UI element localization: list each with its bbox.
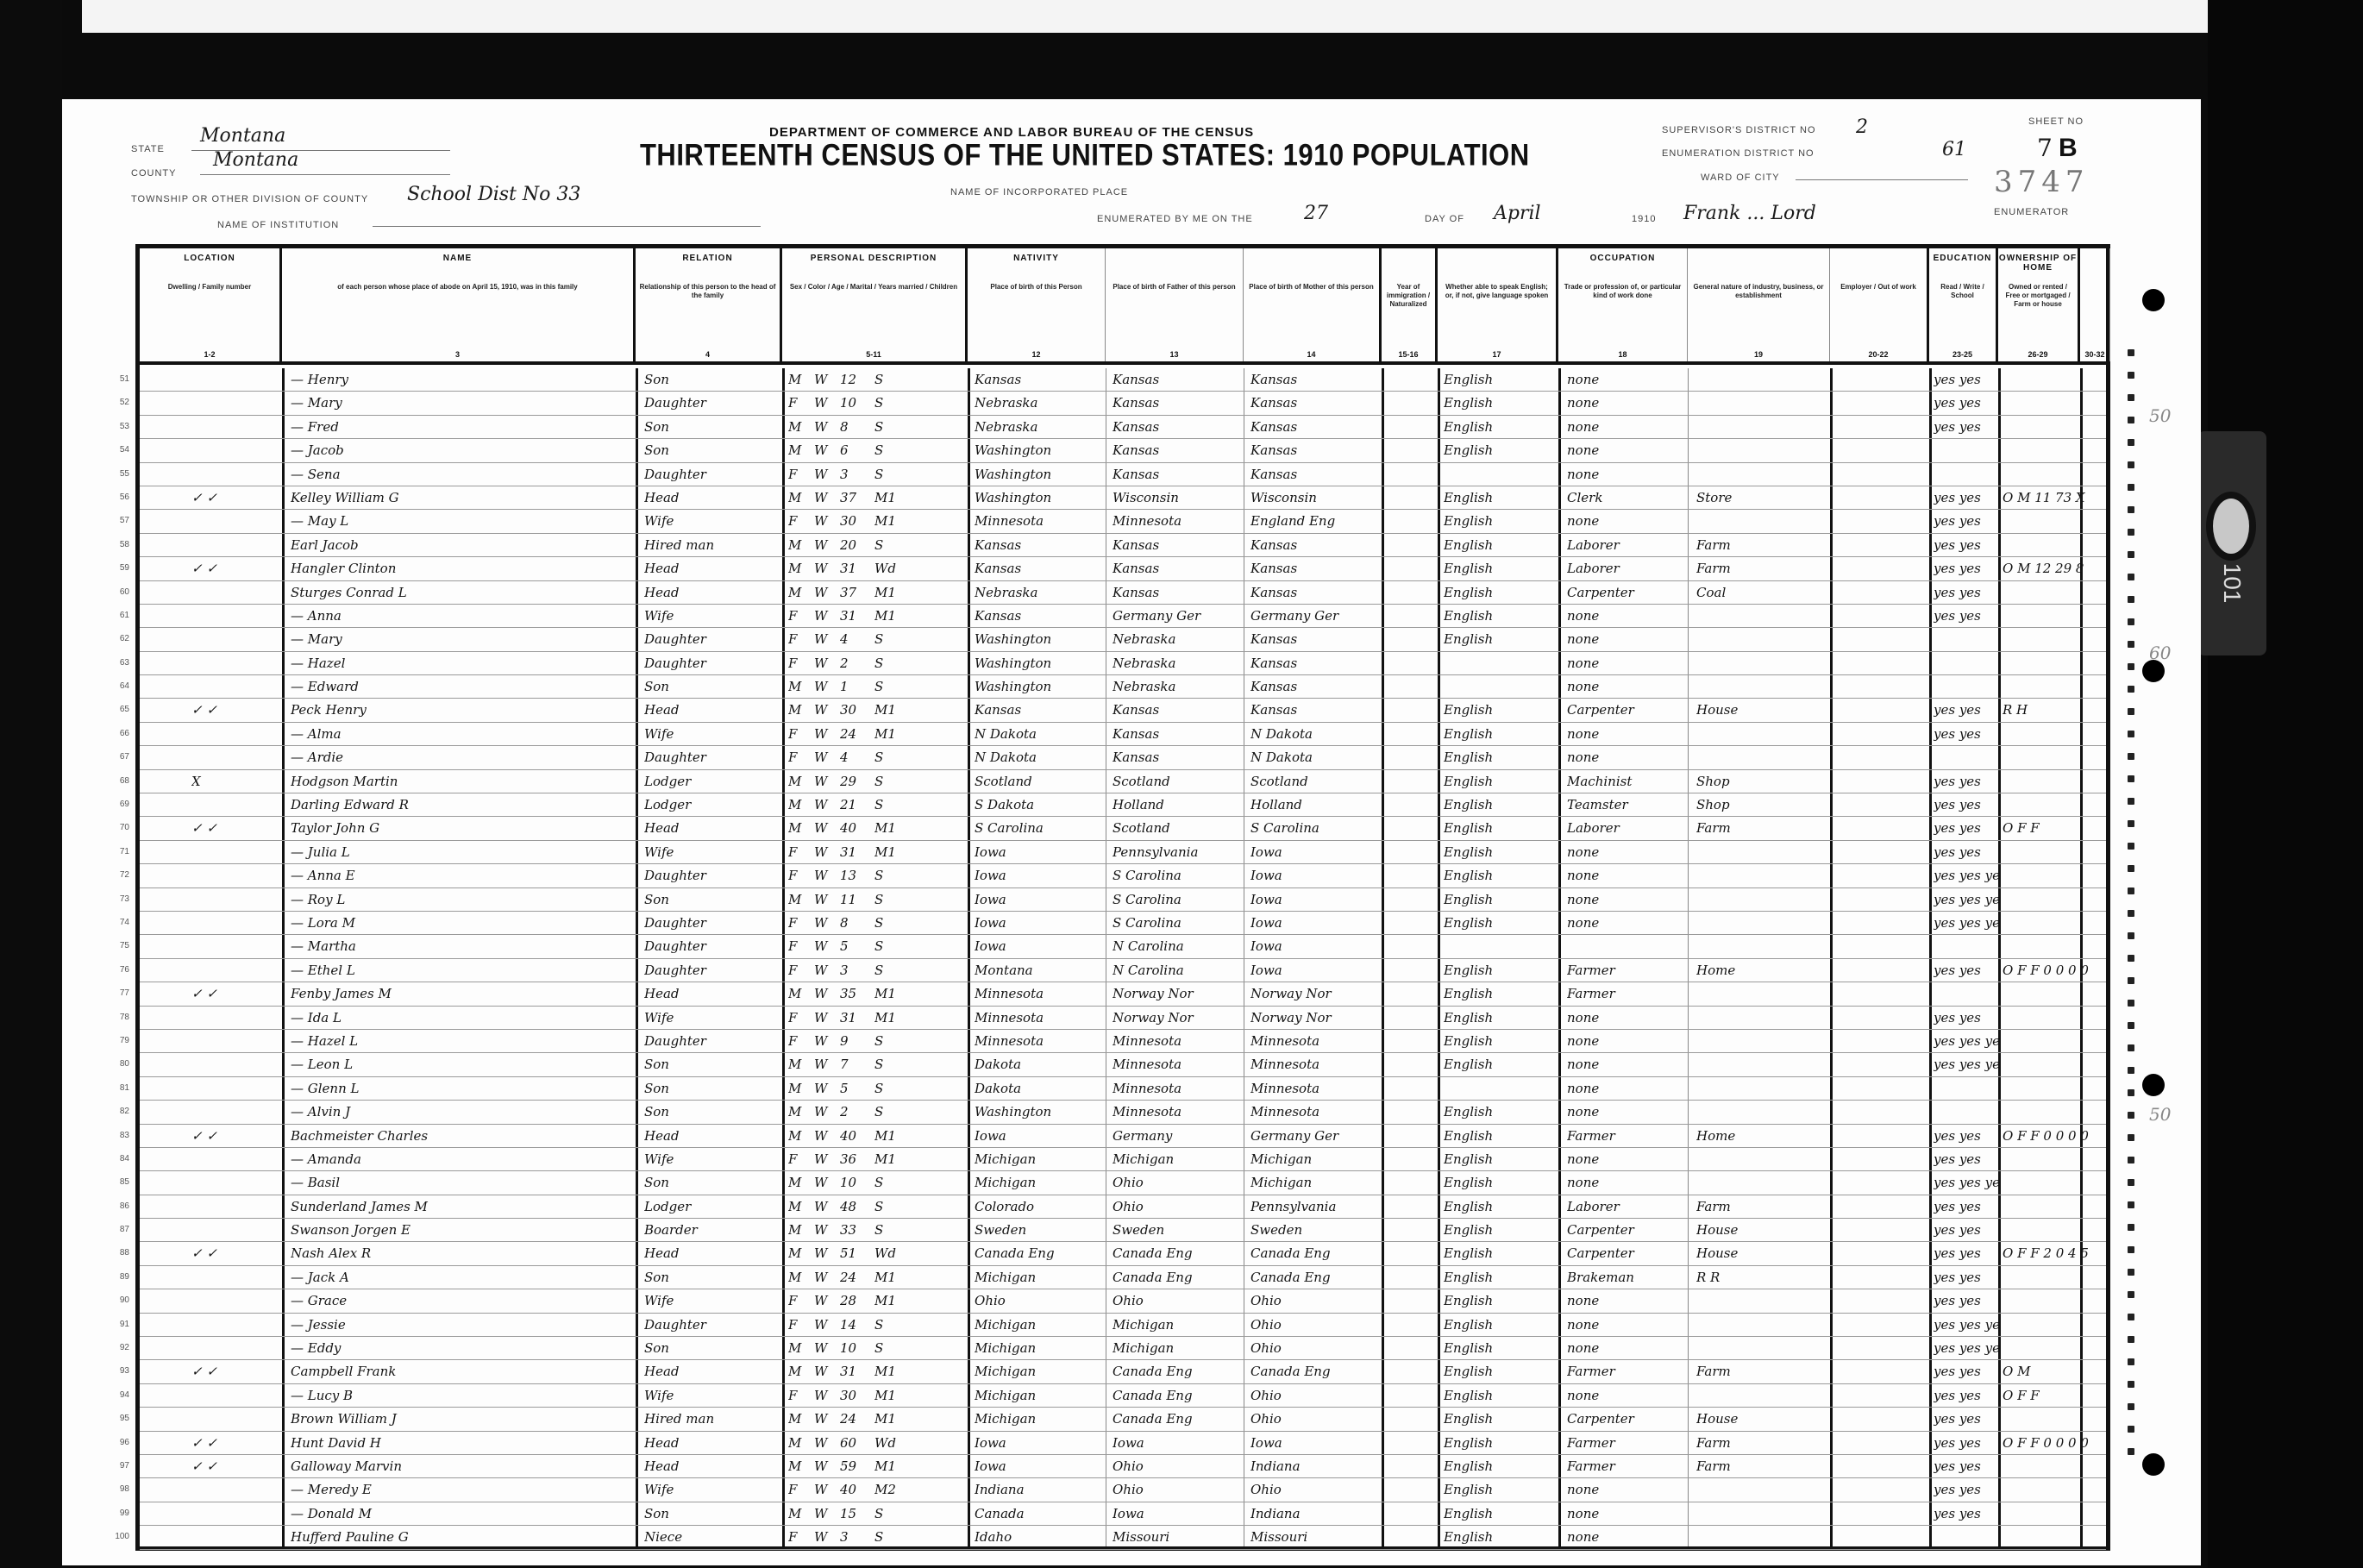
person-name: — Lora M	[291, 912, 631, 934]
scan-background-left	[0, 0, 62, 1568]
home-ownership	[2003, 463, 2110, 486]
table-row: 64— EdwardSonMW1SWashingtonNebraskaKansa…	[140, 675, 2106, 699]
mother-birthplace: Indiana	[1250, 1502, 1380, 1525]
father-birthplace: Canada Eng	[1113, 1408, 1242, 1430]
home-ownership	[2003, 770, 2110, 793]
language: English	[1444, 746, 1556, 768]
age: 10	[840, 1171, 870, 1194]
line-number: 75	[103, 935, 129, 957]
census-table: Location Dwelling / Family number 1-2 Na…	[135, 244, 2110, 1551]
education	[1934, 675, 1998, 698]
language: English	[1444, 368, 1556, 391]
relation: Daughter	[644, 1314, 778, 1336]
occupation: none	[1567, 605, 1686, 627]
education: yes yes	[1934, 581, 1998, 604]
occupation: none	[1567, 1289, 1686, 1312]
education	[1934, 1101, 1998, 1123]
industry	[1696, 392, 1826, 414]
education: yes yes yes	[1934, 1030, 1998, 1052]
father-birthplace: Canada Eng	[1113, 1266, 1242, 1289]
visit-check: ✓ ✓	[191, 699, 278, 721]
color: W	[814, 817, 836, 839]
occupation: none	[1567, 1384, 1686, 1407]
color: W	[814, 534, 836, 556]
relation: Wife	[644, 723, 778, 745]
birthplace: Washington	[975, 463, 1104, 486]
language: English	[1444, 1195, 1556, 1218]
marital-status: M1	[874, 1408, 909, 1430]
father-birthplace: N Carolina	[1113, 935, 1242, 957]
perforation-icon	[2128, 529, 2134, 536]
language: English	[1444, 416, 1556, 438]
relation: Lodger	[644, 1195, 778, 1218]
table-row: 82— Alvin JSonMW2SWashingtonMinnesotaMin…	[140, 1101, 2106, 1124]
home-ownership	[2003, 1289, 2110, 1312]
visit-check: ✓ ✓	[191, 1360, 278, 1383]
table-row: 88✓ ✓Nash Alex RHeadMW51WdCanada EngCana…	[140, 1242, 2106, 1265]
occupation: none	[1567, 416, 1686, 438]
father-birthplace: Holland	[1113, 793, 1242, 816]
marital-status: M1	[874, 486, 909, 509]
father-birthplace: Pennsylvania	[1113, 841, 1242, 863]
marital-status: S	[874, 1077, 909, 1100]
enumerator-label: ENUMERATOR	[1994, 207, 2069, 217]
education: yes yes	[1934, 723, 1998, 745]
line-number: 82	[103, 1101, 129, 1123]
occupation: none	[1567, 392, 1686, 414]
sex: M	[788, 1219, 810, 1241]
header-mother-birthplace: Place of birth of Mother of this person …	[1244, 248, 1382, 361]
home-ownership	[2003, 605, 2110, 627]
color: W	[814, 1478, 836, 1501]
marital-status: S	[874, 912, 909, 934]
language: English	[1444, 605, 1556, 627]
color: W	[814, 1502, 836, 1525]
color: W	[814, 770, 836, 793]
father-birthplace: Scotland	[1113, 770, 1242, 793]
education: yes yes	[1934, 1007, 1998, 1029]
age: 10	[840, 1337, 870, 1359]
binder-ring-icon	[2206, 492, 2256, 561]
age: 15	[840, 1502, 870, 1525]
age: 3	[840, 1526, 870, 1548]
occupation: none	[1567, 1526, 1686, 1548]
industry	[1696, 652, 1826, 674]
person-name: Campbell Frank	[291, 1360, 631, 1383]
person-name: Darling Edward R	[291, 793, 631, 816]
home-ownership: O F F	[2003, 817, 2110, 839]
person-name: — Grace	[291, 1289, 631, 1312]
person-name: Kelley William G	[291, 486, 631, 509]
language: English	[1444, 439, 1556, 461]
marital-status: M1	[874, 841, 909, 863]
education: yes yes	[1934, 368, 1998, 391]
color: W	[814, 1242, 836, 1264]
perforation-icon	[2128, 910, 2134, 917]
education	[1934, 439, 1998, 461]
language	[1444, 1077, 1556, 1100]
header-father-birthplace: Place of birth of Father of this person …	[1106, 248, 1244, 361]
birthplace: Michigan	[975, 1266, 1104, 1289]
mother-birthplace: Iowa	[1250, 841, 1380, 863]
relation: Wife	[644, 605, 778, 627]
line-number: 64	[103, 675, 129, 698]
visit-check	[191, 1101, 278, 1123]
table-row: 71— Julia LWifeFW31M1IowaPennsylvaniaIow…	[140, 841, 2106, 864]
sex: M	[788, 1337, 810, 1359]
age: 30	[840, 1384, 870, 1407]
person-name: — Ida L	[291, 1007, 631, 1029]
color: W	[814, 1053, 836, 1076]
age: 37	[840, 581, 870, 604]
color: W	[814, 463, 836, 486]
occupation: Farmer	[1567, 1125, 1686, 1147]
marital-status: M1	[874, 581, 909, 604]
table-row: 87Swanson Jorgen EBoarderMW33SSwedenSwed…	[140, 1219, 2106, 1242]
sex: F	[788, 652, 810, 674]
education	[1934, 628, 1998, 650]
visit-check	[191, 1219, 278, 1241]
occupation: Teamster	[1567, 793, 1686, 816]
mother-birthplace: Iowa	[1250, 1432, 1380, 1454]
color: W	[814, 1408, 836, 1430]
industry: House	[1696, 1408, 1826, 1430]
language: English	[1444, 1242, 1556, 1264]
father-birthplace: Kansas	[1113, 392, 1242, 414]
marital-status: S	[874, 1337, 909, 1359]
state-label: STATE	[131, 144, 165, 154]
color: W	[814, 1455, 836, 1477]
color: W	[814, 912, 836, 934]
color: W	[814, 652, 836, 674]
table-row: 84— AmandaWifeFW36M1MichiganMichiganMich…	[140, 1148, 2106, 1171]
sex: M	[788, 1171, 810, 1194]
visit-check	[191, 746, 278, 768]
home-ownership	[2003, 1526, 2110, 1548]
father-birthplace: Nebraska	[1113, 628, 1242, 650]
visit-check	[191, 959, 278, 982]
perforation-icon	[2128, 820, 2134, 827]
home-ownership	[2003, 1502, 2110, 1525]
person-name: — Amanda	[291, 1148, 631, 1170]
birthplace: Iowa	[975, 912, 1104, 934]
age: 12	[840, 368, 870, 391]
occupation: none	[1567, 368, 1686, 391]
age: 37	[840, 486, 870, 509]
marital-status: Wd	[874, 1242, 909, 1264]
scan-background-right	[2208, 0, 2363, 1568]
industry	[1696, 368, 1826, 391]
marital-status: M1	[874, 1455, 909, 1477]
marital-status: S	[874, 888, 909, 911]
birthplace: Iowa	[975, 888, 1104, 911]
language: English	[1444, 1502, 1556, 1525]
industry: Farm	[1696, 817, 1826, 839]
birthplace: Nebraska	[975, 581, 1104, 604]
industry: House	[1696, 699, 1826, 721]
census-title: THIRTEENTH CENSUS OF THE UNITED STATES: …	[640, 137, 1530, 172]
industry: R R	[1696, 1266, 1826, 1289]
perforation-icon	[2128, 1269, 2134, 1276]
table-row: 73— Roy LSonMW11SIowaS CarolinaIowaEngli…	[140, 888, 2106, 912]
line-number: 88	[103, 1242, 129, 1264]
father-birthplace: Ohio	[1113, 1171, 1242, 1194]
table-row: 89— Jack ASonMW24M1MichiganCanada EngCan…	[140, 1266, 2106, 1289]
color: W	[814, 605, 836, 627]
mother-birthplace: Kansas	[1250, 699, 1380, 721]
relation: Son	[644, 1101, 778, 1123]
sex: M	[788, 1360, 810, 1383]
supervisor-district-label: SUPERVISOR'S DISTRICT NO	[1662, 125, 1816, 135]
industry	[1696, 1502, 1826, 1525]
perforation-icon	[2128, 932, 2134, 939]
sex: F	[788, 1314, 810, 1336]
table-row: 54— JacobSonMW6SWashingtonKansasKansasEn…	[140, 439, 2106, 462]
day-of-label: DAY OF	[1425, 214, 1464, 224]
sex: M	[788, 817, 810, 839]
home-ownership	[2003, 982, 2110, 1005]
perforation-icon	[2128, 1201, 2134, 1208]
sex: F	[788, 628, 810, 650]
line-number: 81	[103, 1077, 129, 1100]
language: English	[1444, 817, 1556, 839]
perforation-icon	[2128, 1246, 2134, 1253]
father-birthplace: Sweden	[1113, 1219, 1242, 1241]
marital-status: S	[874, 675, 909, 698]
birthplace: Kansas	[975, 368, 1104, 391]
perforation-icon	[2128, 1112, 2134, 1119]
father-birthplace: Nebraska	[1113, 675, 1242, 698]
marital-status: M1	[874, 1266, 909, 1289]
mother-birthplace: Missouri	[1250, 1526, 1380, 1548]
home-ownership: O F F	[2003, 1384, 2110, 1407]
industry: Home	[1696, 1125, 1826, 1147]
visit-check: ✓ ✓	[191, 486, 278, 509]
age: 59	[840, 1455, 870, 1477]
enumerator-value: Frank ... Lord	[1683, 203, 1816, 224]
education: yes yes yes	[1934, 1337, 1998, 1359]
occupation: none	[1567, 1171, 1686, 1194]
education	[1934, 1077, 1998, 1100]
father-birthplace: Michigan	[1113, 1148, 1242, 1170]
visit-check	[191, 1408, 278, 1430]
line-number: 90	[103, 1289, 129, 1312]
sex: F	[788, 1030, 810, 1052]
birthplace: Washington	[975, 486, 1104, 509]
color: W	[814, 841, 836, 863]
color: W	[814, 1337, 836, 1359]
header-citizenship: Year of immigration / Naturalized 15-16	[1382, 248, 1438, 361]
color: W	[814, 793, 836, 816]
perforation-icon	[2128, 551, 2134, 558]
mother-birthplace: Kansas	[1250, 581, 1380, 604]
line-number: 79	[103, 1030, 129, 1052]
industry: Shop	[1696, 793, 1826, 816]
marital-status: S	[874, 392, 909, 414]
occupation: none	[1567, 746, 1686, 768]
line-number: 86	[103, 1195, 129, 1218]
line-number: 93	[103, 1360, 129, 1383]
person-name: Sunderland James M	[291, 1195, 631, 1218]
age: 31	[840, 1007, 870, 1029]
father-birthplace: Kansas	[1113, 534, 1242, 556]
occupation: none	[1567, 1478, 1686, 1501]
visit-check	[191, 463, 278, 486]
education: yes yes	[1934, 605, 1998, 627]
person-name: — Donald M	[291, 1502, 631, 1525]
perforation-icon	[2128, 731, 2134, 737]
mother-birthplace: Kansas	[1250, 463, 1380, 486]
marital-status: M1	[874, 1007, 909, 1029]
marital-status: Wd	[874, 557, 909, 580]
relation: Head	[644, 557, 778, 580]
father-birthplace: Kansas	[1113, 746, 1242, 768]
perforation-icon	[2128, 708, 2134, 715]
father-birthplace: S Carolina	[1113, 888, 1242, 911]
occupation: Farmer	[1567, 1360, 1686, 1383]
sheet-no-value: 7	[2037, 134, 2053, 162]
line-number: 92	[103, 1337, 129, 1359]
header-language: Whether able to speak English; or, if no…	[1438, 248, 1558, 361]
marital-status: M1	[874, 1148, 909, 1170]
color: W	[814, 1526, 836, 1548]
home-ownership	[2003, 1478, 2110, 1501]
mother-birthplace: S Carolina	[1250, 817, 1380, 839]
industry	[1696, 982, 1826, 1005]
education: yes yes yes	[1934, 864, 1998, 887]
table-row: 57— May LWifeFW30M1MinnesotaMinnesotaEng…	[140, 510, 2106, 533]
line-number: 58	[103, 534, 129, 556]
person-name: — Hazel L	[291, 1030, 631, 1052]
color: W	[814, 557, 836, 580]
marital-status: S	[874, 746, 909, 768]
perforation-icon	[2128, 394, 2134, 401]
line-number: 69	[103, 793, 129, 816]
marital-status: M1	[874, 1384, 909, 1407]
color: W	[814, 1360, 836, 1383]
age: 24	[840, 1266, 870, 1289]
birthplace: Washington	[975, 652, 1104, 674]
relation: Head	[644, 982, 778, 1005]
relation: Son	[644, 1502, 778, 1525]
visit-check: X	[191, 770, 278, 793]
relation: Wife	[644, 841, 778, 863]
table-row: 83✓ ✓Bachmeister CharlesHeadMW40M1IowaGe…	[140, 1125, 2106, 1148]
education: yes yes	[1934, 1148, 1998, 1170]
marital-status: S	[874, 793, 909, 816]
relation: Wife	[644, 1007, 778, 1029]
father-birthplace: Canada Eng	[1113, 1242, 1242, 1264]
father-birthplace: Iowa	[1113, 1432, 1242, 1454]
age: 29	[840, 770, 870, 793]
mother-birthplace: Ohio	[1250, 1337, 1380, 1359]
relation: Son	[644, 675, 778, 698]
marital-status: M1	[874, 1360, 909, 1383]
mother-birthplace: Scotland	[1250, 770, 1380, 793]
education: yes yes yes	[1934, 912, 1998, 934]
marital-status: S	[874, 1219, 909, 1241]
occupation: none	[1567, 628, 1686, 650]
marital-status: S	[874, 770, 909, 793]
home-ownership	[2003, 628, 2110, 650]
table-row: 90— GraceWifeFW28M1OhioOhioOhioEnglishno…	[140, 1289, 2106, 1313]
table-row: 92— EddySonMW10SMichiganMichiganOhioEngl…	[140, 1337, 2106, 1360]
industry: Coal	[1696, 581, 1826, 604]
relation: Son	[644, 439, 778, 461]
education: yes yes	[1934, 1408, 1998, 1430]
home-ownership: O F F 2 0 4 5	[2003, 1242, 2110, 1264]
line-number: 57	[103, 510, 129, 532]
mother-birthplace: Iowa	[1250, 888, 1380, 911]
person-name: — Anna E	[291, 864, 631, 887]
relation: Daughter	[644, 959, 778, 982]
birthplace: Michigan	[975, 1314, 1104, 1336]
birthplace: Dakota	[975, 1053, 1104, 1076]
industry	[1696, 1053, 1826, 1076]
perforation-icon	[2128, 955, 2134, 962]
binder-tab: 101	[2197, 431, 2266, 655]
language: English	[1444, 1266, 1556, 1289]
relation: Wife	[644, 1289, 778, 1312]
father-birthplace: Kansas	[1113, 463, 1242, 486]
table-row: 94— Lucy BWifeFW30M1MichiganCanada EngOh…	[140, 1384, 2106, 1408]
table-row: 66— AlmaWifeFW24M1N DakotaKansasN Dakota…	[140, 723, 2106, 746]
enumerated-label: ENUMERATED BY ME ON THE	[1097, 214, 1253, 224]
perforation-icon	[2128, 439, 2134, 446]
line-number: 68	[103, 770, 129, 793]
language: English	[1444, 1219, 1556, 1241]
home-ownership	[2003, 864, 2110, 887]
father-birthplace: Minnesota	[1113, 510, 1242, 532]
marital-status: S	[874, 1502, 909, 1525]
sex: M	[788, 1101, 810, 1123]
header-personal-description: Personal Description Sex / Color / Age /…	[782, 248, 968, 361]
mother-birthplace: Kansas	[1250, 557, 1380, 580]
language: English	[1444, 1030, 1556, 1052]
marital-status: S	[874, 959, 909, 982]
home-ownership	[2003, 1266, 2110, 1289]
table-row: 99— Donald MSonMW15SCanadaIowaIndianaEng…	[140, 1502, 2106, 1526]
table-row: 96✓ ✓Hunt David HHeadMW60WdIowaIowaIowaE…	[140, 1432, 2106, 1455]
father-birthplace: Scotland	[1113, 817, 1242, 839]
industry	[1696, 841, 1826, 863]
relation: Head	[644, 817, 778, 839]
home-ownership	[2003, 581, 2110, 604]
father-birthplace: Minnesota	[1113, 1101, 1242, 1123]
relation: Daughter	[644, 463, 778, 486]
marital-status: M1	[874, 982, 909, 1005]
age: 4	[840, 746, 870, 768]
color: W	[814, 1007, 836, 1029]
birthplace: Sweden	[975, 1219, 1104, 1241]
industry: Farm	[1696, 1195, 1826, 1218]
father-birthplace: Minnesota	[1113, 1077, 1242, 1100]
mother-birthplace: N Dakota	[1250, 723, 1380, 745]
table-row: 93✓ ✓Campbell FrankHeadMW31M1MichiganCan…	[140, 1360, 2106, 1383]
birthplace: Scotland	[975, 770, 1104, 793]
mother-birthplace: Kansas	[1250, 368, 1380, 391]
sex: M	[788, 1053, 810, 1076]
age: 31	[840, 841, 870, 863]
mother-birthplace: Ohio	[1250, 1408, 1380, 1430]
relation: Daughter	[644, 652, 778, 674]
relation: Head	[644, 1242, 778, 1264]
header-occupation: Occupation Trade or profession of, or pa…	[1558, 248, 1688, 361]
table-row: 72— Anna EDaughterFW13SIowaS CarolinaIow…	[140, 864, 2106, 887]
perforation-icon	[2128, 1381, 2134, 1388]
color: W	[814, 1125, 836, 1147]
institution-line	[373, 206, 761, 227]
